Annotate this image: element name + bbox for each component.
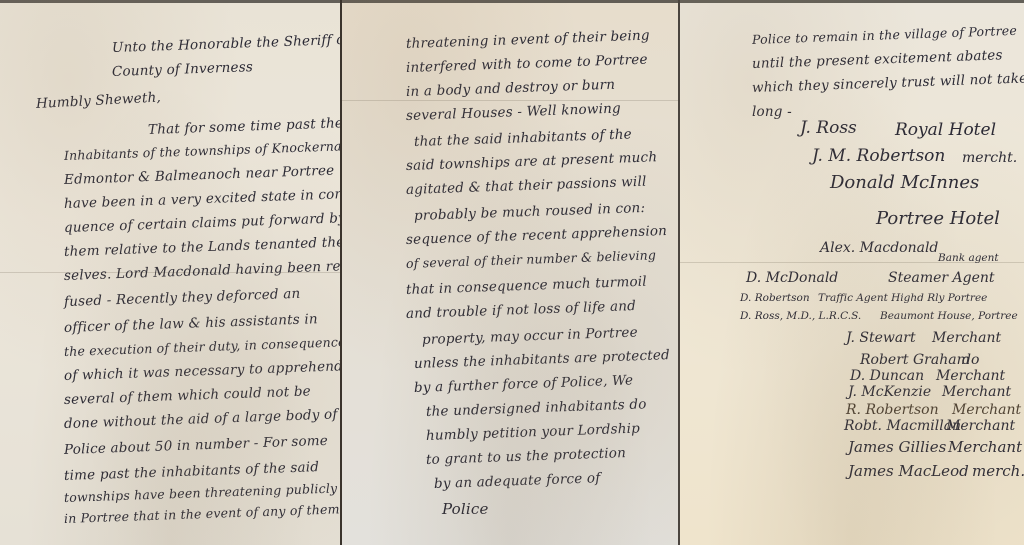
body-line: the undersigned inhabitants do [426,396,647,420]
address-line: Unto the Honorable the Sheriff of the [112,31,342,56]
signature-title: mercht. [962,150,1017,166]
body-line: threatening in event of their being [406,27,650,52]
body-line: Police about 50 in number - For some [64,433,329,458]
body-line: of which it was necessary to apprehend [64,358,342,384]
body-line: Police to remain in the village of Portr… [752,23,1017,47]
body-line: in Portree that in the event of any of t… [64,501,340,526]
body-line: said townships are at present much [406,149,658,174]
body-line: in a body and destroy or burn [406,77,616,100]
signature-name: D. Robertson [740,292,810,304]
signature-name: J. Stewart [846,330,916,346]
fold-line [342,100,678,101]
signature-title: Royal Hotel [895,120,996,140]
body-line: Inhabitants of the townships of Knockern… [64,138,342,163]
body-line: by an adequate force of [434,470,601,492]
body-line: sequence of the recent apprehension [406,223,668,248]
signature-title: Bank agent [938,252,999,264]
body-line: fused - Recently they deforced an [64,286,301,310]
signature-name: J. Ross [800,118,857,138]
page-3: Police to remain in the village of Portr… [680,0,1024,545]
body-line: the execution of their duty, in conseque… [64,334,342,359]
signature-name: J. McKenzie [848,384,931,400]
body-line: that the said inhabitants of the [414,126,632,150]
signature-title: merch. [972,462,1024,480]
signature-name: James Gillies [848,438,946,456]
body-line: and trouble if not loss of life and [406,298,636,322]
page-2: threatening in event of their being inte… [342,0,680,545]
scan-edge [342,0,678,3]
signature-title: Traffic Agent Highd Rly Portree [818,292,987,304]
body-line: Edmontor & Balmeanoch near Portree [64,163,335,188]
body-line: of several of their number & believing [406,247,657,271]
body-line: officer of the law & his assistants in [64,311,318,336]
body-line: property, may occur in Portree [422,324,638,348]
page-1: Unto the Honorable the Sheriff of the Co… [0,0,342,545]
body-line: probably be much roused in con: [414,200,646,224]
body-line: quence of certain claims put forward by [64,210,342,236]
scan-edge [0,0,340,3]
body-line: which they sincerely trust will not take [752,70,1024,96]
signature-title: Merchant [952,402,1021,418]
body-line: have been in a very excited state in con… [64,186,342,212]
body-line: Police [442,500,489,518]
signature-title: Merchant [946,418,1015,434]
body-line: to grant to us the protection [426,445,627,468]
body-line: townships have been threatening publicly [64,480,338,505]
body-line: that in consequence much turmoil [406,274,647,298]
body-line: them relative to the Lands tenanted them… [64,234,342,260]
signature-title: Merchant [942,384,1011,400]
salutation: Humbly Sheweth, [36,89,162,112]
body-line: selves. Lord Macdonald having been re: [64,258,342,284]
signature-name: Alex. Macdonald [820,240,938,256]
body-line: That for some time past the [148,115,342,138]
scanned-petition: Unto the Honorable the Sheriff of the Co… [0,0,1024,545]
body-line: humbly petition your Lordship [426,421,640,444]
signature-name: D. Duncan [850,368,924,384]
signature-name: D. McDonald [746,270,838,286]
address-line: County of Inverness [112,59,254,80]
signature-title: do [962,352,979,368]
body-line: done without the aid of a large body of [64,406,338,432]
signature-name: Robert Graham [860,352,970,368]
signature-name: James MacLeod [848,462,969,480]
signature-title: Beaumont House, Portree [880,310,1018,322]
signature-title: Merchant [936,368,1005,384]
body-line: until the present excitement abates [752,47,1003,72]
body-line: long - [752,104,792,120]
body-line: unless the inhabitants are protected [414,347,670,372]
body-line: interfered with to come to Portree [406,52,648,76]
body-line: several Houses - Well knowing [406,101,621,124]
signature-title: Steamer Agent [888,270,995,286]
signature-title: Portree Hotel [876,208,1000,229]
body-line: agitated & that their passions will [406,174,647,198]
scan-edge [680,0,1024,3]
signature-name: D. Ross, M.D., L.R.C.S. [740,310,861,322]
body-line: time past the inhabitants of the said [64,459,320,484]
signature-title: Merchant [948,438,1022,456]
body-line: several of them which could not be [64,383,311,408]
signature-name: J. M. Robertson [812,146,945,166]
signature-name: Donald McInnes [830,172,979,193]
signature-name: Robt. Macmillan [844,418,961,434]
signature-name: R. Robertson [846,402,939,418]
signature-title: Merchant [932,330,1001,346]
body-line: by a further force of Police, We [414,372,634,396]
